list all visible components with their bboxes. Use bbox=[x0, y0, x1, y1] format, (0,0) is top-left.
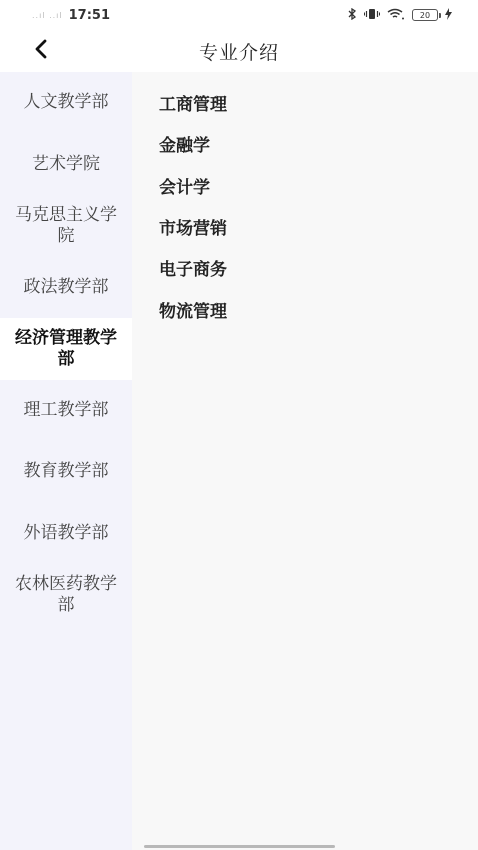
sidebar-item-arts[interactable]: 艺术学院 bbox=[0, 134, 132, 196]
sidebar-item-science-engineering[interactable]: 理工教学部 bbox=[0, 380, 132, 442]
status-time: 17:51 bbox=[69, 8, 110, 23]
sidebar-item-marxism[interactable]: 马克思主义学院 bbox=[0, 195, 132, 257]
sidebar-item-label: 教育教学部 bbox=[24, 461, 109, 482]
sidebar-item-label: 理工教学部 bbox=[24, 400, 109, 421]
major-item-accounting[interactable]: 会计学 bbox=[132, 165, 478, 206]
charging-icon bbox=[445, 8, 452, 23]
sidebar-item-humanities[interactable]: 人文教学部 bbox=[0, 72, 132, 134]
major-item-finance[interactable]: 金融学 bbox=[132, 123, 478, 164]
page-title: 专业介绍 bbox=[199, 38, 279, 65]
sidebar-item-label: 经济管理教学部 bbox=[10, 328, 122, 370]
battery-icon: 20 bbox=[412, 9, 438, 21]
sidebar-item-politics-law[interactable]: 政法教学部 bbox=[0, 257, 132, 319]
wifi-icon bbox=[387, 8, 405, 23]
sidebar-item-label: 外语教学部 bbox=[24, 523, 109, 544]
major-item-business-administration[interactable]: 工商管理 bbox=[132, 82, 478, 123]
signal-icon: ..ıl ..ıl bbox=[32, 11, 63, 20]
back-button[interactable] bbox=[26, 34, 56, 64]
home-indicator[interactable] bbox=[144, 845, 335, 848]
status-bar: ..ıl ..ıl 17:51 20 bbox=[0, 0, 478, 30]
sidebar-item-label: 马克思主义学院 bbox=[10, 205, 122, 247]
vibrate-icon bbox=[364, 8, 380, 23]
sidebar-item-label: 农林医药教学部 bbox=[10, 574, 122, 616]
chevron-left-icon bbox=[34, 39, 48, 59]
major-list-panel: 工商管理 金融学 会计学 市场营销 电子商务 物流管理 bbox=[132, 72, 478, 850]
sidebar-item-economics-management[interactable]: 经济管理教学部 bbox=[0, 318, 132, 380]
major-item-logistics-management[interactable]: 物流管理 bbox=[132, 288, 478, 329]
sidebar-item-education[interactable]: 教育教学部 bbox=[0, 441, 132, 503]
sidebar-item-label: 艺术学院 bbox=[32, 154, 100, 175]
major-list: 工商管理 金融学 会计学 市场营销 电子商务 物流管理 bbox=[132, 72, 478, 330]
sidebar-item-label: 人文教学部 bbox=[24, 92, 109, 113]
status-left: ..ıl ..ıl 17:51 bbox=[32, 8, 110, 23]
major-item-marketing[interactable]: 市场营销 bbox=[132, 206, 478, 247]
major-item-e-commerce[interactable]: 电子商务 bbox=[132, 247, 478, 288]
battery-level: 20 bbox=[420, 11, 430, 20]
sidebar-item-label: 政法教学部 bbox=[24, 277, 109, 298]
status-right: 20 bbox=[347, 8, 452, 23]
department-sidebar: 人文教学部 艺术学院 马克思主义学院 政法教学部 经济管理教学部 理工教学部 教… bbox=[0, 72, 132, 850]
sidebar-item-foreign-languages[interactable]: 外语教学部 bbox=[0, 503, 132, 565]
sidebar-item-agri-forestry-medicine[interactable]: 农林医药教学部 bbox=[0, 564, 132, 626]
bluetooth-icon bbox=[347, 8, 357, 23]
nav-bar: 专业介绍 bbox=[0, 30, 478, 72]
